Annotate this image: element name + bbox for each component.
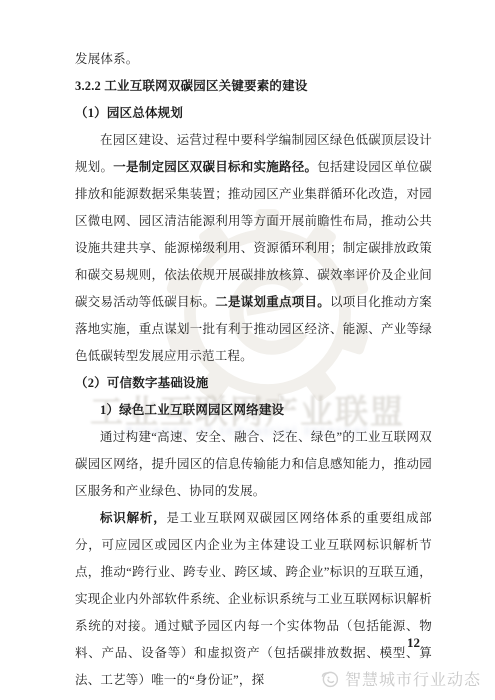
section-heading-3-2-2: 3.2.2 工业互联网双碳园区关键要素的建设 [75,73,432,100]
document-page: 工业互联网产业联盟 Alliance of Industrial Interne… [0,0,495,700]
footer-watermark-label: 智慧城市行业动态 [345,667,481,690]
text-column: 发展体系。 3.2.2 工业互联网双碳园区关键要素的建设 （1）园区总体规划 在… [75,46,432,694]
paragraph-planning: 在园区建设、运营过程中要科学编制园区绿色低碳顶层设计规划。一是制定园区双碳目标和… [75,127,432,370]
paragraph-network: 通过构建“高速、安全、融合、泛在、绿色”的工业互联网双碳园区网络，提升园区的信息… [75,424,432,505]
subsection-heading-2: （2）可信数字基础设施 [75,370,432,397]
subsubsection-heading-network: 1）绿色工业互联网园区网络建设 [75,397,432,424]
subsection-heading-1: （1）园区总体规划 [75,100,432,127]
paragraph-continuation: 发展体系。 [75,46,432,73]
footer-watermark: 智慧城市行业动态 [319,667,481,690]
smart-city-account-logo-icon [319,668,340,689]
page-number: 12 [407,633,420,653]
paragraph-identifier-resolution: 标识解析，是工业互联网双碳园区网络体系的重要组成部分，可应园区或园区内企业为主体… [75,505,432,694]
